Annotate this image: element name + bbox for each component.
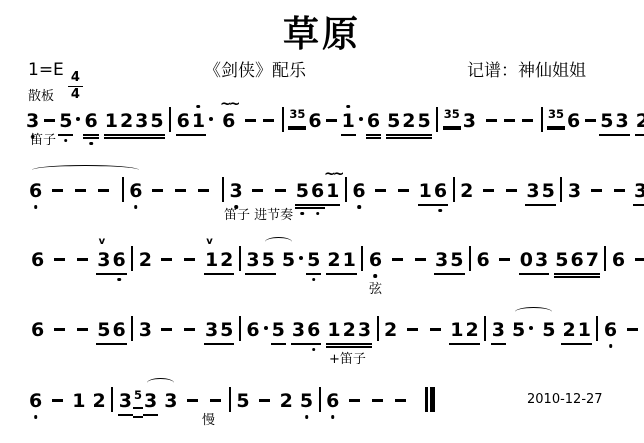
note: 6 xyxy=(612,249,625,271)
note-digit: 6 xyxy=(326,390,339,412)
note-digit: 5 xyxy=(272,319,285,341)
dash-note-extension xyxy=(152,189,163,192)
barline xyxy=(596,316,598,341)
note: 3 xyxy=(616,110,629,132)
underline xyxy=(569,276,584,278)
underline xyxy=(111,343,126,345)
barline xyxy=(282,107,284,132)
note: 6 xyxy=(129,180,142,202)
note: 5 xyxy=(272,319,285,341)
note: 2 xyxy=(139,249,152,271)
note-digit: 3 xyxy=(135,110,148,132)
note: 1 xyxy=(192,110,205,132)
note: 6 xyxy=(567,110,580,132)
note-digit: 6 xyxy=(367,110,380,132)
note: 6 xyxy=(604,319,617,341)
barline xyxy=(361,246,363,271)
note-digit: 6 xyxy=(177,110,190,132)
note-digit: 6 xyxy=(307,319,320,341)
note: 6 xyxy=(311,180,324,202)
underline xyxy=(96,273,111,275)
underline xyxy=(357,343,372,345)
note: 2 xyxy=(636,110,644,132)
barline xyxy=(541,107,543,132)
dash-note-extension xyxy=(187,399,198,402)
note: 1 xyxy=(327,319,340,341)
note-digit: 2 xyxy=(402,110,415,132)
note-digit: 2 xyxy=(327,249,340,271)
notation-line-3: 63v621v2355521635603567635 xyxy=(30,246,644,270)
underline xyxy=(104,137,119,139)
time-denominator: 4 xyxy=(68,87,83,102)
barline xyxy=(319,387,321,412)
underline xyxy=(191,134,206,136)
underline xyxy=(326,346,341,348)
note-digit: 3 xyxy=(568,180,581,202)
note-digit: 6 xyxy=(567,110,580,132)
barline xyxy=(604,246,606,271)
dash-note-extension xyxy=(506,189,517,192)
note-digit: 3 xyxy=(616,110,629,132)
note: 6 xyxy=(177,110,190,132)
note: 6 xyxy=(29,390,42,412)
underline xyxy=(111,273,126,275)
underline xyxy=(386,137,401,139)
note-digit: 5 xyxy=(300,390,313,412)
note: 6 xyxy=(434,180,447,202)
note: 2 xyxy=(280,390,293,412)
note-digit: 6 xyxy=(352,180,365,202)
note-digit: 3 xyxy=(97,249,110,271)
dash-note-extension xyxy=(245,119,256,122)
underline xyxy=(119,137,134,139)
grace-digits: 35 xyxy=(444,103,460,125)
dash-note-extension xyxy=(522,119,533,122)
note-digit: 6 xyxy=(434,180,447,202)
note: 6 xyxy=(352,180,365,202)
note-digit: 6 xyxy=(129,180,142,202)
note: 3 xyxy=(634,180,644,202)
octave-dot-above xyxy=(346,105,350,109)
note: 5 xyxy=(97,319,110,341)
note: 6 xyxy=(367,110,380,132)
dash-note-extension xyxy=(372,399,383,402)
barline xyxy=(453,177,455,202)
note-digit: 6 xyxy=(31,249,44,271)
note: 6~~ xyxy=(222,110,235,132)
barline xyxy=(131,316,133,341)
barline xyxy=(222,177,224,202)
note: 5 xyxy=(542,180,555,202)
dash-note-extension xyxy=(375,189,386,192)
note-digit: 1 xyxy=(205,249,218,271)
underline xyxy=(149,137,164,139)
note: 5 xyxy=(512,319,525,341)
underline xyxy=(204,273,219,275)
note: 1 xyxy=(105,110,118,132)
note: 5 xyxy=(296,180,309,202)
note-digit: 5 xyxy=(220,319,233,341)
note: 3 xyxy=(292,319,305,341)
underline xyxy=(306,343,321,345)
underline xyxy=(357,346,372,348)
grace-digits: 35 xyxy=(548,103,564,125)
note: 5 xyxy=(418,110,431,132)
underline xyxy=(417,137,432,139)
note-digit: 5 xyxy=(542,319,555,341)
note: 5 xyxy=(387,110,400,132)
note-digit: 2 xyxy=(636,110,644,132)
sheet-music-page: { "header": { "title": "草原", "subtitle":… xyxy=(0,0,644,443)
note: 6 xyxy=(326,390,339,412)
octave-dot-below xyxy=(117,278,121,282)
octave-dot-below xyxy=(609,344,613,348)
barline xyxy=(469,246,471,271)
mordent-ornament: ~~ xyxy=(220,97,237,111)
accent-ornament: v xyxy=(99,237,106,247)
note: 0 xyxy=(520,249,533,271)
underline xyxy=(547,128,565,130)
octave-dot-below xyxy=(316,212,320,216)
dash-note-extension xyxy=(504,119,515,122)
note-digit: 2 xyxy=(562,319,575,341)
note: 3 xyxy=(139,319,152,341)
note: 6 xyxy=(112,319,125,341)
underline xyxy=(541,204,556,206)
notation-line-2: 663561~~616235335 xyxy=(28,177,644,201)
barline xyxy=(345,177,347,202)
tempo-free-label: 散板 xyxy=(28,85,54,104)
note: 3 xyxy=(435,249,448,271)
underline xyxy=(96,343,111,345)
note-digit: 3 xyxy=(358,319,371,341)
dash-note-extension xyxy=(275,189,286,192)
note-digit: 6 xyxy=(570,249,583,271)
note-digit: 3 xyxy=(463,110,476,132)
dash-note-extension xyxy=(398,189,409,192)
note: 1 xyxy=(342,110,355,132)
underline xyxy=(245,273,260,275)
note-digit: 1 xyxy=(192,110,205,132)
barline xyxy=(239,246,241,271)
note: 1 xyxy=(343,249,356,271)
dash-note-extension xyxy=(635,258,644,261)
underline xyxy=(449,273,464,275)
note-digit: 5 xyxy=(387,110,400,132)
note: 1v xyxy=(205,249,218,271)
underline xyxy=(554,276,569,278)
thick-bar xyxy=(430,387,435,412)
slur-group: 33 xyxy=(143,390,178,412)
underline xyxy=(149,134,164,136)
dash-note-extension xyxy=(259,399,270,402)
note: 2 xyxy=(402,110,415,132)
note: 5 xyxy=(220,319,233,341)
barline xyxy=(484,316,486,341)
octave-dot-below xyxy=(34,205,38,209)
note-digit: 2 xyxy=(92,390,105,412)
note-digit: 6 xyxy=(112,249,125,271)
note-digit: 3 xyxy=(526,180,539,202)
augmentation-dot xyxy=(299,256,303,260)
time-signature: 44 xyxy=(68,71,83,101)
subtitle: 《剑侠》配乐 xyxy=(204,56,306,81)
note-digit: 6 xyxy=(112,319,125,341)
dash-note-extension xyxy=(263,119,274,122)
note-digit: 1 xyxy=(419,180,432,202)
underline xyxy=(401,134,416,136)
underline xyxy=(418,204,433,206)
final-barline xyxy=(425,387,435,417)
note-digit: 2 xyxy=(220,249,233,271)
note-digit: 5 xyxy=(236,390,249,412)
underline xyxy=(119,134,134,136)
notation-line-5: 61235335256 xyxy=(28,384,435,408)
note-digit: 5 xyxy=(59,110,72,132)
augmentation-dot xyxy=(76,117,80,121)
note: 3 xyxy=(144,390,157,412)
barline xyxy=(111,387,113,412)
underline xyxy=(585,273,600,275)
underline xyxy=(519,273,534,275)
underline xyxy=(271,343,286,345)
note-digit: 2 xyxy=(384,319,397,341)
barline xyxy=(377,316,379,341)
note-digit: 3 xyxy=(119,390,132,412)
note: 6 xyxy=(31,249,44,271)
dash-note-extension xyxy=(75,189,86,192)
underline xyxy=(204,343,219,345)
octave-dot-below xyxy=(312,348,316,352)
octave-dot-below xyxy=(331,415,335,419)
octave-dot-below xyxy=(305,415,309,419)
tempo-slow-label: 慢 xyxy=(202,409,215,428)
octave-dot-below xyxy=(34,415,38,419)
note-digit: 5 xyxy=(555,249,568,271)
note: 2 xyxy=(343,319,356,341)
underline xyxy=(134,134,149,136)
note-digit: 6 xyxy=(222,110,235,132)
octave-dot-below xyxy=(374,274,378,278)
underline xyxy=(219,343,234,345)
dash-note-extension xyxy=(52,189,63,192)
note: 5 xyxy=(600,110,613,132)
section-label-strings: 弦 xyxy=(369,278,382,297)
note-digit: 5 xyxy=(150,110,163,132)
note: 2 xyxy=(92,390,105,412)
note-digit: 6 xyxy=(29,390,42,412)
augmentation-dot xyxy=(209,117,213,121)
underline xyxy=(599,134,614,136)
note: 5 xyxy=(262,249,275,271)
note-digit: 5 xyxy=(418,110,431,132)
underline xyxy=(433,204,448,206)
augmentation-dot xyxy=(264,326,268,330)
underline xyxy=(104,134,119,136)
dash-note-extension xyxy=(210,399,221,402)
dash-note-extension xyxy=(198,189,209,192)
thin-bar xyxy=(425,387,428,412)
note: 6 xyxy=(84,110,97,132)
note: 2 xyxy=(327,249,340,271)
note-digit: 3 xyxy=(246,249,259,271)
dash-note-extension xyxy=(627,328,638,331)
note-digit: 3 xyxy=(292,319,305,341)
underline xyxy=(325,204,340,206)
notator-credit: 记谱：神仙姐姐 xyxy=(467,56,586,81)
note-digit: 3 xyxy=(634,180,644,202)
note-digit: 5 xyxy=(512,319,525,341)
note: 6 xyxy=(369,249,382,271)
underline xyxy=(295,204,310,206)
octave-dot-above xyxy=(197,105,201,109)
dash-note-extension xyxy=(161,258,172,261)
underline xyxy=(386,134,401,136)
note: 5 xyxy=(282,249,295,271)
underline xyxy=(577,343,592,345)
underline xyxy=(443,128,461,130)
dash-note-extension xyxy=(98,189,109,192)
dash-note-extension xyxy=(392,258,403,261)
note-digit: 1 xyxy=(105,110,118,132)
note: 5 xyxy=(150,110,163,132)
note-digit: 6 xyxy=(311,180,324,202)
underline xyxy=(434,273,449,275)
octave-dot-below xyxy=(234,205,238,209)
note: 2 xyxy=(120,110,133,132)
note-digit: 5 xyxy=(450,249,463,271)
note-digit: 1 xyxy=(578,319,591,341)
underline xyxy=(449,343,464,345)
note-digit: 3 xyxy=(164,390,177,412)
note-digit: 3 xyxy=(144,390,157,412)
barline xyxy=(436,107,438,132)
grace-note-small: 5 xyxy=(134,384,142,406)
notation-line-4: 6563356536123212355216 xyxy=(30,316,644,340)
dash-note-extension xyxy=(54,328,65,331)
dash-note-extension xyxy=(430,328,441,331)
underline xyxy=(569,273,584,275)
underline xyxy=(554,273,569,275)
notation-line-1: 3561235616~~3561652535335653215 xyxy=(25,103,644,127)
note-digit: 6 xyxy=(84,110,97,132)
note-digit: 6 xyxy=(369,249,382,271)
note-digit: 3 xyxy=(26,110,39,132)
note-digit: 1 xyxy=(450,319,463,341)
underline xyxy=(525,204,540,206)
note: 6 xyxy=(308,110,321,132)
underline xyxy=(118,414,133,416)
underline xyxy=(176,134,191,136)
dash-note-extension xyxy=(483,189,494,192)
octave-dot-below xyxy=(89,142,93,146)
note-digit: 6 xyxy=(29,180,42,202)
note: 2 xyxy=(562,319,575,341)
underline xyxy=(561,343,576,345)
dash-note-extension xyxy=(407,328,418,331)
grace-notes: 35 xyxy=(548,103,564,125)
note: 3 xyxy=(526,180,539,202)
note: 3 xyxy=(492,319,505,341)
note-digit: 5 xyxy=(307,249,320,271)
underline xyxy=(401,137,416,139)
dash-note-extension xyxy=(252,189,263,192)
underline xyxy=(417,134,432,136)
note-digit: 5 xyxy=(262,249,275,271)
note: 6 xyxy=(31,319,44,341)
underline xyxy=(534,273,549,275)
note-digit: 2 xyxy=(466,319,479,341)
note: 2 xyxy=(384,319,397,341)
note: 6 xyxy=(29,180,42,202)
note: 3 xyxy=(246,249,259,271)
dash-note-extension xyxy=(77,328,88,331)
note-digit: 1 xyxy=(343,249,356,271)
underline xyxy=(310,204,325,206)
note-digit: 6 xyxy=(308,110,321,132)
grace-notes: 35 xyxy=(444,103,460,125)
underline xyxy=(635,134,644,136)
dash-note-extension xyxy=(175,189,186,192)
note-digit: 3 xyxy=(435,249,448,271)
note: 6 xyxy=(307,319,320,341)
underline xyxy=(291,343,306,345)
note: 6 xyxy=(477,249,490,271)
underline xyxy=(326,343,341,345)
dash-note-extension xyxy=(585,119,596,122)
barline xyxy=(229,387,231,412)
note: 5 xyxy=(542,319,555,341)
underline xyxy=(133,407,143,409)
note: 3 xyxy=(119,390,132,412)
page-title: 草原 xyxy=(0,6,644,57)
note: 3 xyxy=(26,110,39,132)
note-digit: 2 xyxy=(139,249,152,271)
grace-digit: 5 xyxy=(134,384,142,406)
section-label-plus-flute: +笛子 xyxy=(329,348,366,367)
underline xyxy=(83,134,98,136)
note-digit: 3 xyxy=(535,249,548,271)
underline xyxy=(585,276,600,278)
barline xyxy=(239,316,241,341)
underline xyxy=(366,137,381,139)
grace-digits: 35 xyxy=(289,103,305,125)
octave-dot-below xyxy=(134,205,138,209)
note: 6 xyxy=(570,249,583,271)
note-digit: 1 xyxy=(326,180,339,202)
barline xyxy=(560,177,562,202)
barline xyxy=(122,177,124,202)
note-digit: 1 xyxy=(342,110,355,132)
underline xyxy=(366,134,381,136)
note: 3 xyxy=(164,390,177,412)
time-numerator: 4 xyxy=(68,71,83,87)
slur-group: 66 xyxy=(28,177,143,202)
note: 5 xyxy=(236,390,249,412)
note: 3 xyxy=(535,249,548,271)
dash-note-extension xyxy=(326,119,337,122)
note-digit: 6 xyxy=(31,319,44,341)
note-digit: 3 xyxy=(492,319,505,341)
note: 6 xyxy=(112,249,125,271)
octave-dot-below xyxy=(64,139,68,143)
underline xyxy=(633,204,644,206)
note-digit: 3 xyxy=(139,319,152,341)
underline xyxy=(326,273,341,275)
note: 5 xyxy=(307,249,320,271)
note-digit: 5 xyxy=(282,249,295,271)
note: 3 xyxy=(463,110,476,132)
